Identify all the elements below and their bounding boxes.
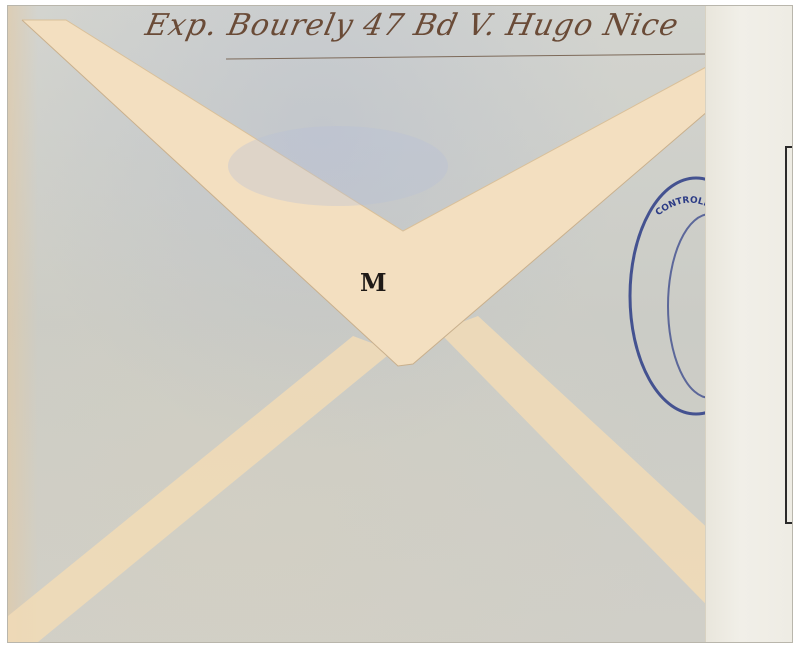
censor-tape-bracket-line — [785, 146, 792, 524]
ink-show-through — [228, 126, 448, 206]
censor-tape — [705, 6, 792, 642]
envelope-back: CONTROLE Exp. Bourely 47 Bd V. Hugo Nice… — [8, 6, 792, 642]
flap-m-stamp: M — [360, 268, 387, 297]
envelope-folds: CONTROLE — [8, 6, 792, 642]
envelope-photo: CONTROLE Exp. Bourely 47 Bd V. Hugo Nice… — [0, 0, 800, 650]
seam-lower-left — [8, 336, 393, 642]
handwritten-return-address: Exp. Bourely 47 Bd V. Hugo Nice — [142, 8, 682, 43]
